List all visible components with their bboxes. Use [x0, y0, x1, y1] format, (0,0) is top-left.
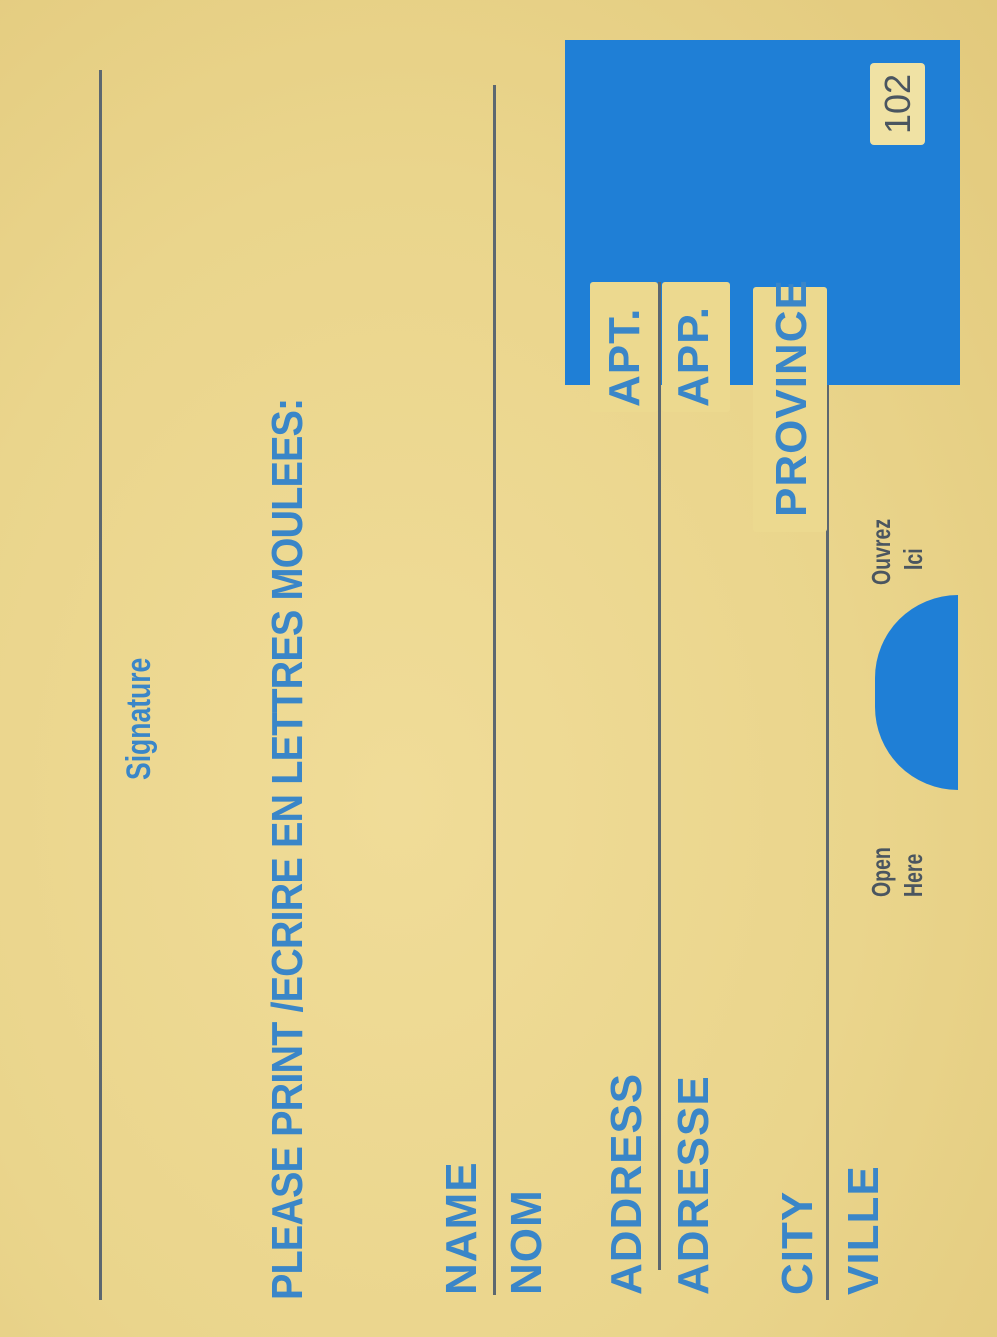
form-number-badge: 102: [870, 63, 925, 145]
address-line[interactable]: [658, 285, 661, 1270]
apt-label: APT.: [603, 308, 647, 407]
city-label: CITY: [776, 1191, 820, 1295]
signature-label: Signature: [122, 658, 156, 780]
open-here-label: Open Here: [868, 847, 926, 897]
address-label: ADDRESS: [605, 1073, 649, 1295]
app-label: APP.: [672, 306, 716, 407]
instruction-heading: PLEASE PRINT /ECRIRE EN LETTRES MOULEES:: [266, 399, 310, 1300]
adresse-label: ADRESSE: [672, 1075, 716, 1295]
name-line[interactable]: [493, 85, 496, 1295]
open-here-tab[interactable]: [875, 595, 958, 790]
province-label: PROVINCE: [770, 279, 814, 517]
ville-label: VILLE: [842, 1165, 886, 1295]
ici-text: Ici: [900, 519, 926, 570]
apt-divider: [658, 282, 661, 407]
signature-line[interactable]: [99, 70, 102, 1300]
open-text: Open: [868, 847, 894, 897]
nom-label: NOM: [505, 1189, 549, 1295]
envelope-form: Signature PLEASE PRINT /ECRIRE EN LETTRE…: [0, 0, 997, 1337]
name-label: NAME: [440, 1161, 484, 1295]
ouvrez-text: Ouvrez: [868, 519, 894, 585]
here-text: Here: [900, 847, 926, 897]
ouvrez-ici-label: Ouvrez Ici: [868, 519, 926, 585]
